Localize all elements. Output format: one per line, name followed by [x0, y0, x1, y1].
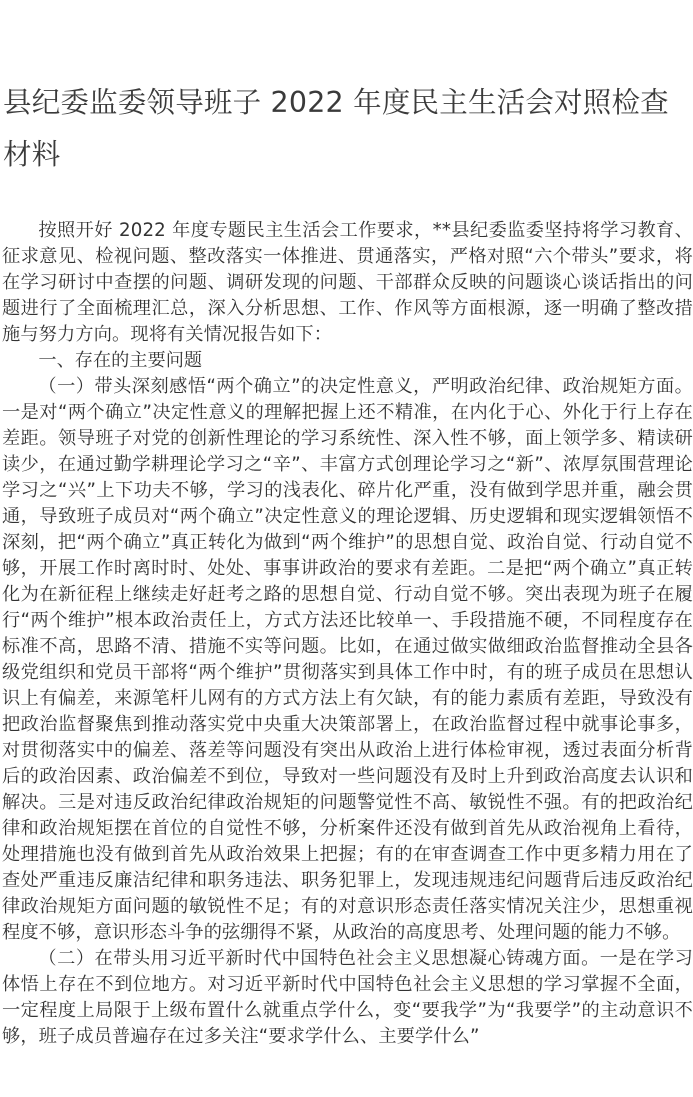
section-paragraph-1: （一）带头深刻感悟“两个确立”的决定性意义，严明政治纪律、政治规矩方面。一是对“…	[2, 374, 693, 946]
section-heading: 一、存在的主要问题	[2, 348, 693, 374]
document-body: 按照开好 2022 年度专题民主生活会工作要求，**县纪委监委坚持将学习教育、征…	[2, 218, 693, 1050]
intro-paragraph: 按照开好 2022 年度专题民主生活会工作要求，**县纪委监委坚持将学习教育、征…	[2, 218, 693, 348]
section-paragraph-2: （二）在带头用习近平新时代中国特色社会主义思想凝心铸魂方面。一是在学习体悟上存在…	[2, 946, 693, 1050]
document-title: 县纪委监委领导班子 2022 年度民主生活会对照检查材料	[3, 77, 693, 181]
